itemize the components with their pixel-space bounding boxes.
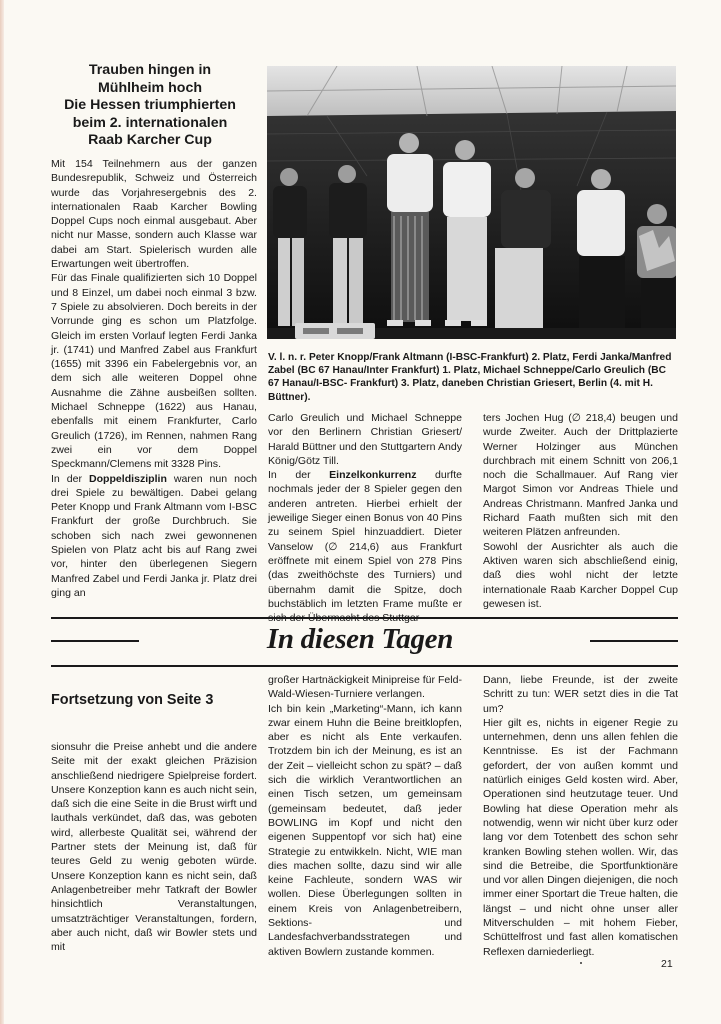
team-photo [267,66,676,339]
article-column-2: Carlo Greulich und Michael Schneppe vor … [268,411,462,625]
article-column-3: ters Jochen Hug (∅ 218,4) beugen und wur… [483,411,678,611]
section-rule-right [590,640,678,642]
paragraph: Hier gilt es, nichts in eigener Regie zu… [483,716,678,959]
section-title: In diesen Tagen [160,622,560,656]
photo-caption: V. l. n. r. Peter Knopp/Frank Altmann (I… [268,351,678,404]
bold-term: Doppeldisziplin [89,473,167,485]
paragraph: Ich bin kein „Marketing“-Mann, ich kann … [268,702,462,959]
paragraph: Dann, liebe Freunde, ist der zweite Schr… [483,673,678,716]
headline-line: Raab Karcher Cup [44,132,256,150]
section-column-3: Dann, liebe Freunde, ist der zweite Schr… [483,673,678,959]
headline-line: Die Hessen triumphierten [44,97,256,115]
continuation-heading: Fortsetzung von Seite 3 [51,692,213,708]
article-column-1: Mit 154 Teilnehmern aus der ganzen Bunde… [51,157,257,600]
headline-line: beim 2. internationalen [44,115,256,133]
headline-line: Trauben hingen in [44,62,256,80]
page-number: 21 [661,958,673,970]
bold-term: Einzelkonkurrenz [329,469,416,481]
paragraph: sionsuhr die Preise anhebt und die ander… [51,740,257,954]
paragraph: großer Hartnäckigkeit Minipreise für Fel… [268,673,462,702]
paragraph: Mit 154 Teilnehmern aus der ganzen Bunde… [51,157,257,271]
section-column-1: sionsuhr die Preise anhebt und die ander… [51,740,257,954]
paragraph: ters Jochen Hug (∅ 218,4) beugen und wur… [483,411,678,540]
paragraph: Carlo Greulich und Michael Schneppe vor … [268,411,462,468]
page-edge [0,0,4,1024]
paragraph: Für das Finale qualifizierten sich 10 Do… [51,271,257,471]
paragraph: In der Doppeldisziplin waren nun noch dr… [51,472,257,601]
section-rule-bottom [51,665,678,667]
headline-line: Mühlheim hoch [44,80,256,98]
paragraph: Sowohl der Ausrichter als auch die Aktiv… [483,540,678,611]
photo-image [267,66,676,339]
article-headline: Trauben hingen in Mühlheim hoch Die Hess… [44,62,256,150]
paragraph: In der Einzelkonkurrenz durfte nochmals … [268,468,462,625]
section-column-2: großer Hartnäckigkeit Minipreise für Fel… [268,673,462,959]
section-rule-left [51,640,139,642]
section-rule-top [51,617,678,619]
print-speck [580,962,582,964]
